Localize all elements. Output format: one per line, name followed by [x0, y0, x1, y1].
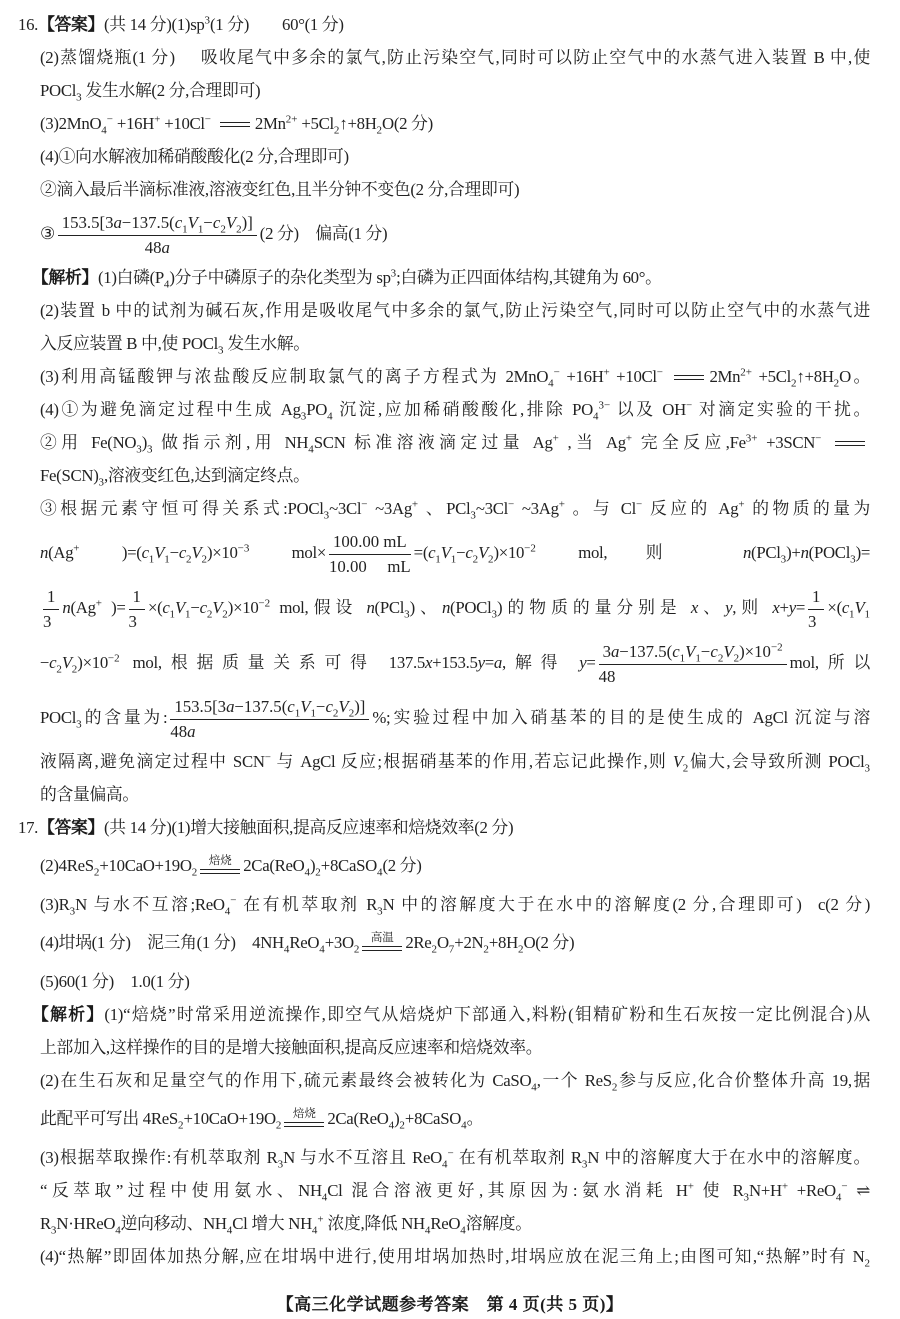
text-line: 的含量偏高。	[40, 778, 870, 811]
footer-text: 【高三化学试题参考答案 第 4 页(共 5 页)】	[277, 1295, 624, 1314]
text-line: −c2V2)×10−2 mol,根据质量关系可得 137.5x+153.5y=a…	[40, 635, 870, 690]
text-line: (3)2MnO4− +16H+ +10Cl− 2Mn2+ +5Cl2↑+8H2O…	[40, 107, 870, 140]
document-body: 16.【答案】(共 14 分)(1)sp3(1 分) 60°(1 分)(2)蒸馏…	[0, 0, 900, 1273]
text-line: 液隔离,避免滴定过程中 SCN− 与 AgCl 反应;根据硝基苯的作用,若忘记此…	[40, 745, 870, 778]
text-line: (3)根据萃取操作:有机萃取剂 R3N 与水不互溶且 ReO4− 在有机萃取剂 …	[40, 1141, 870, 1174]
text-line: POCl3 发生水解(2 分,合理即可)	[40, 74, 870, 107]
page-footer: 【高三化学试题参考答案 第 4 页(共 5 页)】	[0, 1285, 900, 1319]
text-line: (2)蒸馏烧瓶(1 分) 吸收尾气中多余的氯气,防止污染空气,同时可以防止空气中…	[40, 41, 870, 74]
text-line: 16.【答案】(共 14 分)(1)sp3(1 分) 60°(1 分)	[18, 8, 870, 41]
text-line: ②用 Fe(NO3)3 做指示剂,用 NH4SCN 标准溶液滴定过量 Ag+ ,…	[40, 426, 870, 459]
text-line: (3)利用高锰酸钾与浓盐酸反应制取氯气的离子方程式为 2MnO4− +16H+ …	[40, 360, 870, 393]
text-line: 【解析】(1)白磷(P4)分子中磷原子的杂化类型为 sp3;白磷为正四面体结构,…	[32, 261, 870, 294]
text-line: ③根据元素守恒可得关系式:POCl3~3Cl− ~3Ag+ 、PCl3~3Cl−…	[40, 492, 870, 525]
text-line: POCl3的含量为:153.5[3a−137.5(c1V1−c2V2)]48a%…	[40, 690, 870, 745]
text-line: Fe(SCN)3,溶液变红色,达到滴定终点。	[40, 459, 870, 492]
text-line: R3N·HReO4逆向移动、NH4Cl 增大 NH4+ 浓度,降低 NH4ReO…	[40, 1207, 870, 1240]
text-line: (2)装置 b 中的试剂为碱石灰,作用是吸收尾气中多余的氯气,防止污染空气,同时…	[40, 294, 870, 327]
text-line: (4)坩埚(1 分) 泥三角(1 分) 4NH4ReO4+3O2高温2Re2O7…	[40, 921, 870, 965]
text-line: (5)60(1 分) 1.0(1 分)	[40, 965, 870, 998]
text-line: (4)①为避免滴定过程中生成 Ag3PO4 沉淀,应加稀硝酸酸化,排除 PO43…	[40, 393, 870, 426]
text-line: (4)“热解”即固体加热分解,应在坩埚中进行,使用坩埚加热时,坩埚应放在泥三角上…	[40, 1240, 870, 1273]
answer-key-page: 16.【答案】(共 14 分)(1)sp3(1 分) 60°(1 分)(2)蒸馏…	[0, 0, 900, 1319]
text-line: ②滴入最后半滴标准液,溶液变红色,且半分钟不变色(2 分,合理即可)	[40, 173, 870, 206]
text-line: 17.【答案】(共 14 分)(1)增大接触面积,提高反应速率和焙烧效率(2 分…	[18, 811, 870, 844]
text-line: 此配平可写出 4ReS2+10CaO+19O2焙烧2Ca(ReO4)2+8CaS…	[40, 1097, 870, 1141]
text-line: (3)R3N 与水不互溶;ReO4− 在有机萃取剂 R3N 中的溶解度大于在水中…	[40, 888, 870, 921]
text-line: ③153.5[3a−137.5(c1V1−c2V2)]48a(2 分) 偏高(1…	[40, 206, 870, 261]
text-line: 上部加入,这样操作的目的是增大接触面积,提高反应速率和焙烧效率。	[40, 1031, 870, 1064]
text-line: 入反应装置 B 中,使 POCl3 发生水解。	[40, 327, 870, 360]
text-line: (2)4ReS2+10CaO+19O2焙烧2Ca(ReO4)2+8CaSO4(2…	[40, 844, 870, 888]
text-line: 【解析】(1)“焙烧”时常采用逆流操作,即空气从焙烧炉下部通入,料粉(钼精矿粉和…	[32, 998, 870, 1031]
text-line: (2)在生石灰和足量空气的作用下,硫元素最终会被转化为 CaSO4,一个 ReS…	[40, 1064, 870, 1097]
text-line: 13n(Ag+ )=13×(c1V1−c2V2)×10−2 mol,假设 n(P…	[40, 580, 870, 635]
text-line: (4)①向水解液加稀硝酸酸化(2 分,合理即可)	[40, 140, 870, 173]
text-line: “反萃取”过程中使用氨水、NH4Cl 混合溶液更好,其原因为:氨水消耗 H+ 使…	[40, 1174, 870, 1207]
text-line: n(Ag+ )=(c1V1−c2V2)×10−3 mol×100.00 mL10…	[40, 525, 870, 580]
